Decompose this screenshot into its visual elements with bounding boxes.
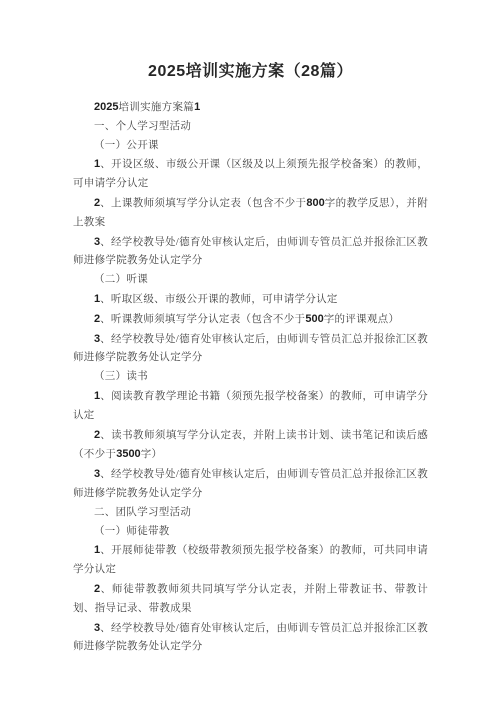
- paragraph: 一、个人学习型活动: [73, 118, 428, 137]
- paragraph: 1、开展师徒带教（校级带教须预先报学校备案）的教师，可共同申请学分认定: [73, 541, 428, 580]
- paragraph: 3、经学校教导处/德育处审核认定后，由师训专管员汇总并报徐汇区教师进修学院教务处…: [73, 619, 428, 658]
- document-page: 2025培训实施方案（28篇） 2025培训实施方案篇1一、个人学习型活动（一）…: [0, 0, 500, 707]
- paragraph: （一）师徒带教: [73, 523, 428, 542]
- paragraph: （一）公开课: [73, 137, 428, 156]
- paragraph: 3、经学校教导处/德育处审核认定后，由师训专管员汇总并报徐汇区教师进修学院教务处…: [73, 233, 428, 272]
- paragraph: 2、师徒带教教师须共同填写学分认定表，并附上带教证书、带教计划、指导记录、带教成…: [73, 580, 428, 619]
- paragraph: （三）读书: [73, 368, 428, 387]
- paragraph: 3、经学校教导处/德育处审核认定后，由师训专管员汇总并报徐汇区教师进修学院教务处…: [73, 330, 428, 369]
- paragraph: 1、阅读教育教学理论书籍（须预先报学校备案）的教师，可申请学分认定: [73, 387, 428, 426]
- paragraph: 1、开设区级、市级公开课（区级及以上须预先报学校备案）的教师，可申请学分认定: [73, 155, 428, 194]
- document-body: 2025培训实施方案篇1一、个人学习型活动（一）公开课1、开设区级、市级公开课（…: [73, 98, 428, 657]
- document-title: 2025培训实施方案（28篇）: [73, 59, 428, 85]
- paragraph: 3、经学校教导处/德育处审核认定后，由师训专管员汇总并报徐汇区教师进修学院教务处…: [73, 465, 428, 504]
- paragraph: 2、读书教师须填写学分认定表，并附上读书计划、读书笔记和读后感（不少于3500字…: [73, 426, 428, 466]
- paragraph: 2、听课教师须填写学分认定表（包含不少于500字的评课观点）: [73, 310, 428, 330]
- paragraph: 2、上课教师须填写学分认定表（包含不少于800字的教学反思），并附上教案: [73, 194, 428, 233]
- paragraph: 2025培训实施方案篇1: [73, 98, 428, 118]
- paragraph: 二、团队学习型活动: [73, 504, 428, 523]
- paragraph: （二）听课: [73, 271, 428, 290]
- paragraph: 1、听取区级、市级公开课的教师，可申请学分认定: [73, 290, 428, 310]
